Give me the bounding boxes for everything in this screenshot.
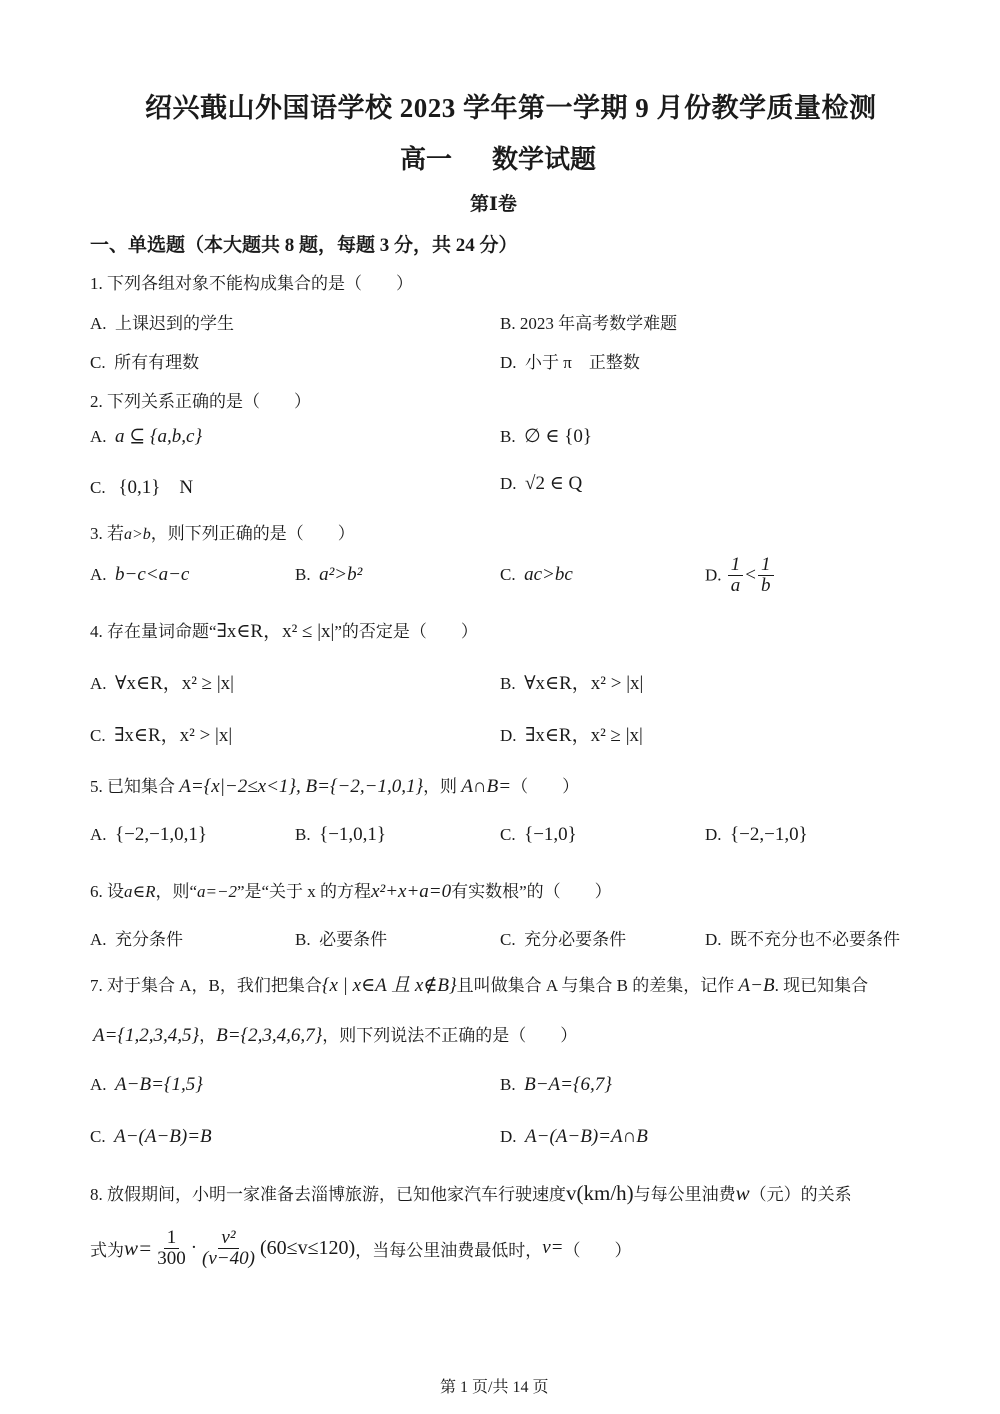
question-3-option-c[interactable]: C. ac>bc — [500, 564, 573, 586]
question-2-stem: 2. 下列关系正确的是（ ） — [90, 387, 311, 412]
stem-math: x²+x+a=0 — [371, 881, 451, 902]
question-2-option-c[interactable]: C. {0,1} N — [90, 472, 193, 499]
stem-math: A={1,2,3,4,5} — [93, 1025, 199, 1046]
stem-text: 5. 已知集合 — [90, 777, 175, 796]
stem-text: （ ） — [511, 777, 579, 796]
option-text: 充分必要条件 — [524, 930, 626, 949]
stem-text: 8. 放假期间，小明一家准备去淄博旅游，已知他家汽车行驶速度 — [90, 1185, 566, 1204]
question-7-option-a[interactable]: A. A−B={1,5} — [90, 1074, 203, 1096]
stem-text: ， — [199, 1026, 216, 1045]
question-5-option-d[interactable]: D. {−2,−1,0} — [705, 824, 808, 846]
option-label: C. — [90, 1127, 106, 1146]
option-label: D. — [705, 825, 722, 844]
stem-text: 有实数根”的（ ） — [451, 882, 612, 901]
option-math: ac>bc — [524, 564, 573, 585]
option-label: A. — [90, 825, 107, 844]
stem-text: 且叫做集合 A 与集合 B 的差集，记作 — [457, 976, 735, 995]
option-label: C. — [90, 478, 106, 497]
stem-math: · — [191, 1237, 197, 1259]
option-text: 既不充分也不必要条件 — [730, 930, 900, 949]
exam-title: 绍兴蕺山外国语学校 2023 学年第一学期 9 月份教学质量检测 — [145, 86, 877, 125]
option-label: D. — [500, 353, 517, 372]
stem-text: 式为 — [90, 1236, 124, 1261]
question-4-stem: 4. 存在量词命题“∃x∈R，x² ≤ |x|”的否定是（ ） — [90, 616, 478, 643]
question-7-option-c[interactable]: C. A−(A−B)=B — [90, 1126, 212, 1148]
stem-text: 4. 存在量词命题“ — [90, 622, 217, 641]
option-math: A−B={1,5} — [115, 1074, 203, 1095]
question-1-option-a[interactable]: A. 上课迟到的学生 — [90, 309, 234, 334]
question-6-option-c[interactable]: C. 充分必要条件 — [500, 925, 626, 950]
stem-math: A−B — [739, 975, 775, 996]
option-text: 上课迟到的学生 — [115, 314, 234, 333]
stem-math: a=−2 — [197, 882, 237, 901]
stem-text: ，则 — [423, 777, 457, 796]
option-math: A−(A−B)=B — [114, 1126, 212, 1147]
option-math: {−2,−1,0,1} — [115, 824, 207, 845]
question-5-option-a[interactable]: A. {−2,−1,0,1} — [90, 824, 207, 846]
question-6-option-a[interactable]: A. 充分条件 — [90, 925, 183, 950]
question-6-option-b[interactable]: B. 必要条件 — [295, 925, 387, 950]
option-label: B. — [500, 1075, 516, 1094]
question-4-option-b[interactable]: B. ∀x∈R，x² > |x| — [500, 668, 643, 695]
option-math: {−2,−1,0} — [730, 824, 808, 845]
question-4-option-c[interactable]: C. ∃x∈R，x² > |x| — [90, 720, 232, 747]
stem-math: v= — [542, 1237, 563, 1259]
option-math: ∀x∈R，x² ≥ |x| — [115, 673, 234, 694]
stem-text: ，则下列正确的是（ ） — [151, 524, 355, 543]
option-math: {−1,0} — [524, 824, 577, 845]
option-text: 必要条件 — [319, 930, 387, 949]
option-label: C. — [500, 565, 516, 584]
option-label: A. — [90, 1075, 107, 1094]
option-label: D. — [500, 474, 517, 493]
question-1-option-d[interactable]: D. 小于 π 正整数 — [500, 348, 640, 373]
stem-text: 7. 对于集合 A，B，我们把集合 — [90, 976, 322, 995]
option-text: 小于 π 正整数 — [525, 353, 640, 372]
stem-text: ，当每公里油费最低时， — [355, 1236, 542, 1261]
stem-math: ∃x∈R，x² ≤ |x| — [217, 621, 335, 642]
section-heading: 一、单选题（本大题共 8 题，每题 3 分，共 24 分） — [90, 230, 518, 257]
option-label: D. — [500, 1127, 517, 1146]
question-3-option-a[interactable]: A. b−c<a−c — [90, 564, 189, 586]
question-7-stem-line-2: A={1,2,3,4,5}，B={2,3,4,6,7}，则下列说法不正确的是（ … — [93, 1021, 577, 1047]
exam-subject: 数学试题 — [492, 139, 596, 176]
option-math: A−(A−B)=A∩B — [525, 1126, 648, 1147]
option-math: ∀x∈R，x² > |x| — [524, 673, 643, 694]
question-7-option-b[interactable]: B. B−A={6,7} — [500, 1074, 612, 1096]
stem-math: v(km/h) — [566, 1181, 634, 1205]
question-2-option-a[interactable]: A. a ⊆ {a,b,c} — [90, 425, 202, 448]
page-indicator: 第 1 页/共 14 页 — [440, 1374, 548, 1397]
stem-math: B={2,3,4,6,7} — [216, 1025, 322, 1046]
question-1-stem: 1. 下列各组对象不能构成集合的是（ ） — [90, 269, 413, 294]
stem-math: A={x|−2≤x<1}, B={−2,−1,0,1} — [179, 776, 423, 797]
option-math: {−1,0,1} — [319, 824, 386, 845]
stem-text: 与每公里油费 — [634, 1185, 736, 1204]
option-math: {0,1} N — [118, 477, 193, 498]
option-math: ∅ ∈ {0} — [524, 426, 592, 447]
question-4-option-d[interactable]: D. ∃x∈R，x² ≥ |x| — [500, 720, 643, 747]
option-label: C. — [90, 726, 106, 745]
option-label: B. — [295, 565, 311, 584]
question-1-option-c[interactable]: C. 所有有理数 — [90, 348, 199, 373]
option-text: 2023 年高考数学难题 — [520, 314, 677, 333]
question-5-stem: 5. 已知集合 A={x|−2≤x<1}, B={−2,−1,0,1}，则 A∩… — [90, 772, 579, 798]
option-math: ∃x∈R，x² ≥ |x| — [525, 725, 643, 746]
question-6-stem: 6. 设a∈R，则“a=−2”是“关于 x 的方程x²+x+a=0有实数根”的（… — [90, 877, 612, 903]
stem-math: w= — [124, 1236, 152, 1261]
stem-text: ，则下列说法不正确的是（ ） — [322, 1026, 577, 1045]
stem-text: ”是“关于 x 的方程 — [237, 882, 371, 901]
question-6-option-d[interactable]: D. 既不充分也不必要条件 — [705, 925, 900, 950]
option-label: B. — [500, 674, 516, 693]
option-label: D. — [500, 726, 517, 745]
stem-math: A∩B= — [461, 776, 511, 797]
stem-math: (60≤v≤120) — [260, 1237, 355, 1260]
option-label: A. — [90, 565, 107, 584]
question-2-option-d[interactable]: D. √2 ∈ Q — [500, 472, 582, 495]
option-label: D. — [705, 565, 722, 584]
question-5-option-b[interactable]: B. {−1,0,1} — [295, 824, 386, 846]
option-label: C. — [90, 353, 106, 372]
stem-math: {x | x∈A 且 x∉B} — [322, 975, 457, 996]
stem-text: 3. 若 — [90, 524, 124, 543]
fraction-1-over-a: 1a — [728, 555, 744, 596]
question-5-option-c[interactable]: C. {−1,0} — [500, 824, 577, 846]
option-math: b−c<a−c — [115, 564, 189, 585]
stem-text: ，则“ — [155, 882, 197, 901]
option-text: 充分条件 — [115, 930, 183, 949]
option-math: B−A={6,7} — [524, 1074, 612, 1095]
option-label: A. — [90, 427, 107, 446]
option-math: √2 ∈ Q — [525, 473, 582, 494]
question-3-stem: 3. 若a>b，则下列正确的是（ ） — [90, 519, 355, 544]
stem-text: ”的否定是（ ） — [334, 622, 478, 641]
stem-text: 6. 设 — [90, 882, 124, 901]
question-7-option-d[interactable]: D. A−(A−B)=A∩B — [500, 1126, 648, 1148]
volume-label: 第Ⅰ卷 — [470, 189, 517, 216]
question-8-stem-line-1: 8. 放假期间，小明一家准备去淄博旅游，已知他家汽车行驶速度v(km/h)与每公… — [90, 1180, 852, 1206]
question-3-option-d[interactable]: D. 1a<1b — [705, 555, 776, 596]
question-2-option-b[interactable]: B. ∅ ∈ {0} — [500, 425, 592, 448]
option-label: B. — [500, 427, 516, 446]
stem-text: （ ） — [563, 1236, 631, 1261]
option-label: A. — [90, 314, 107, 333]
option-math: a²>b² — [319, 564, 362, 585]
stem-text: . 现已知集合 — [775, 976, 869, 995]
question-8-stem-line-2: 式为 w= 1 300 · v² (v−40) (60≤v≤120) ，当每公里… — [90, 1228, 631, 1269]
option-label: B. — [295, 825, 311, 844]
fraction-1-over-b: 1b — [758, 555, 774, 596]
question-1-option-b[interactable]: B. 2023 年高考数学难题 — [500, 309, 677, 334]
stem-math: w — [736, 1181, 750, 1205]
question-3-option-b[interactable]: B. a²>b² — [295, 564, 362, 586]
option-label: B. — [500, 314, 516, 333]
option-label: C. — [500, 825, 516, 844]
stem-math: a>b — [124, 526, 151, 543]
option-text: 所有有理数 — [114, 353, 199, 372]
option-label: B. — [295, 930, 311, 949]
option-label: A. — [90, 930, 107, 949]
option-label: D. — [705, 930, 722, 949]
stem-text: （元）的关系 — [750, 1185, 852, 1204]
fraction-1-over-300: 1 300 — [154, 1228, 189, 1269]
fraction-v2-over-v-minus-40: v² (v−40) — [199, 1228, 258, 1269]
question-4-option-a[interactable]: A. ∀x∈R，x² ≥ |x| — [90, 668, 234, 695]
exam-grade: 高一 — [400, 139, 452, 176]
option-label: A. — [90, 674, 107, 693]
stem-math: a∈R — [124, 882, 155, 901]
option-math: a ⊆ {a,b,c} — [115, 426, 202, 447]
option-math: ∃x∈R，x² > |x| — [114, 725, 232, 746]
option-label: C. — [500, 930, 516, 949]
question-7-stem-line-1: 7. 对于集合 A，B，我们把集合{x | x∈A 且 x∉B}且叫做集合 A … — [90, 970, 868, 997]
